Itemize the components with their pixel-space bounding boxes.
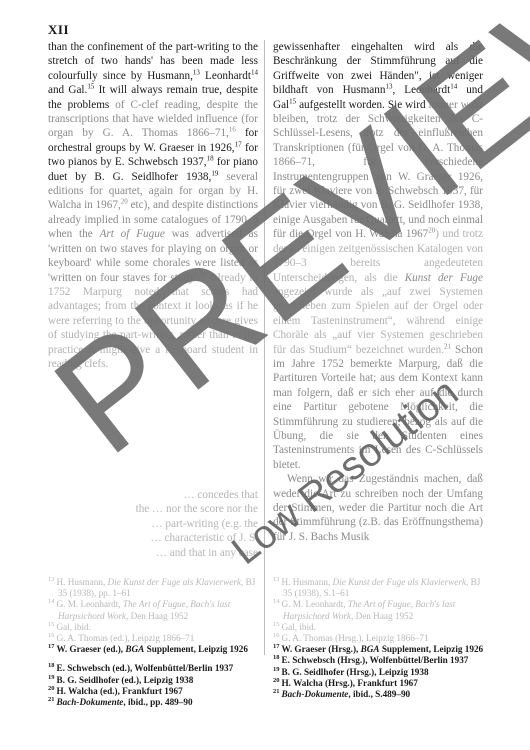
footnote-ref-20[interactable]: 20 xyxy=(121,198,128,206)
left-paragraph-1: than the confinement of the part-writing… xyxy=(48,40,258,371)
footnote-18: 18E. Schwebsch (ed.), Wolfenbüttel/Berli… xyxy=(48,663,263,674)
footnote-21: 21Bach-Dokumente, ibid., pp. 489–90 xyxy=(48,697,263,708)
footnote-ref-18[interactable]: 18 xyxy=(207,155,214,163)
document-page: XII than the confinement of the part-wri… xyxy=(0,0,530,750)
footnote-19: 19B. G. Seidlhofer (Hrsg.), Leipzig 1938 xyxy=(273,667,488,678)
right-column-german: gewissenhafter eingehalten wird als die … xyxy=(273,40,483,544)
footnote-16: 16G. A. Thomas (ed.), Leipzig 1866–71 xyxy=(48,633,263,644)
footnote-15: 15Gal, ibid. xyxy=(48,622,263,633)
left-column-english: than the confinement of the part-writing… xyxy=(48,40,258,371)
footnote-ref-13[interactable]: 13 xyxy=(193,68,200,76)
right-paragraph-2: Wenn wir das Zugeständnis machen, daß we… xyxy=(273,472,483,544)
footnote-20: 20H. Walcha (Hrsg.), Frankfurt 1967 xyxy=(273,678,488,689)
work-title-italic: Art of Fugue xyxy=(100,228,165,240)
footnote-17: 17W. Graeser (Hrsg.), BGA Supplement, Le… xyxy=(273,644,488,655)
footnote-ref-17[interactable]: 17 xyxy=(235,140,242,148)
footnote-ref-21[interactable]: 21 xyxy=(444,342,451,350)
footnote-15: 15Gal, ibid. xyxy=(273,622,488,633)
footnote-17: 17W. Graeser (ed.), BGA Supplement, Leip… xyxy=(48,644,263,655)
footnotes-left: 13H. Husmann, Die Kunst der Fuge als Kla… xyxy=(48,577,263,708)
footnote-14: 14G. M. Leonhardt, The Art of Fugue, Bac… xyxy=(48,599,263,621)
footnote-18: 18E. Schwebsch (Hrsg.), Wolfenbüttel/Ber… xyxy=(273,655,488,666)
footnote-14: 14G. M. Leonhardt, The Art of Fugue, Bac… xyxy=(273,599,488,621)
column-divider xyxy=(264,40,265,655)
left-paragraph-2-faded: … concedes that the … nor the score nor … xyxy=(48,488,258,560)
footnote-ref-16[interactable]: 16 xyxy=(229,126,236,134)
footnote-21: 21Bach-Dokumente, ibid., S.489–90 xyxy=(273,689,488,700)
footnote-19: 19B. G. Seidlhofer (ed.), Leipzig 1938 xyxy=(48,675,263,686)
footnote-16: 16G. A. Thomas (Hrsg.), Leipzig 1866–71 xyxy=(273,633,488,644)
right-paragraph-1: gewissenhafter eingehalten wird als die … xyxy=(273,40,483,472)
footnote-13: 13H. Husmann, Die Kunst der Fuge als Kla… xyxy=(273,577,488,599)
footnote-20: 20H. Walcha (ed.), Frankfurt 1967 xyxy=(48,686,263,697)
footnote-ref-14[interactable]: 14 xyxy=(251,68,258,76)
work-title-italic: Kunst der Fuge xyxy=(405,272,483,284)
footnotes-right: 13H. Husmann, Die Kunst der Fuge als Kla… xyxy=(273,577,488,700)
page-number: XII xyxy=(48,22,69,38)
footnote-13: 13H. Husmann, Die Kunst der Fuge als Kla… xyxy=(48,577,263,599)
